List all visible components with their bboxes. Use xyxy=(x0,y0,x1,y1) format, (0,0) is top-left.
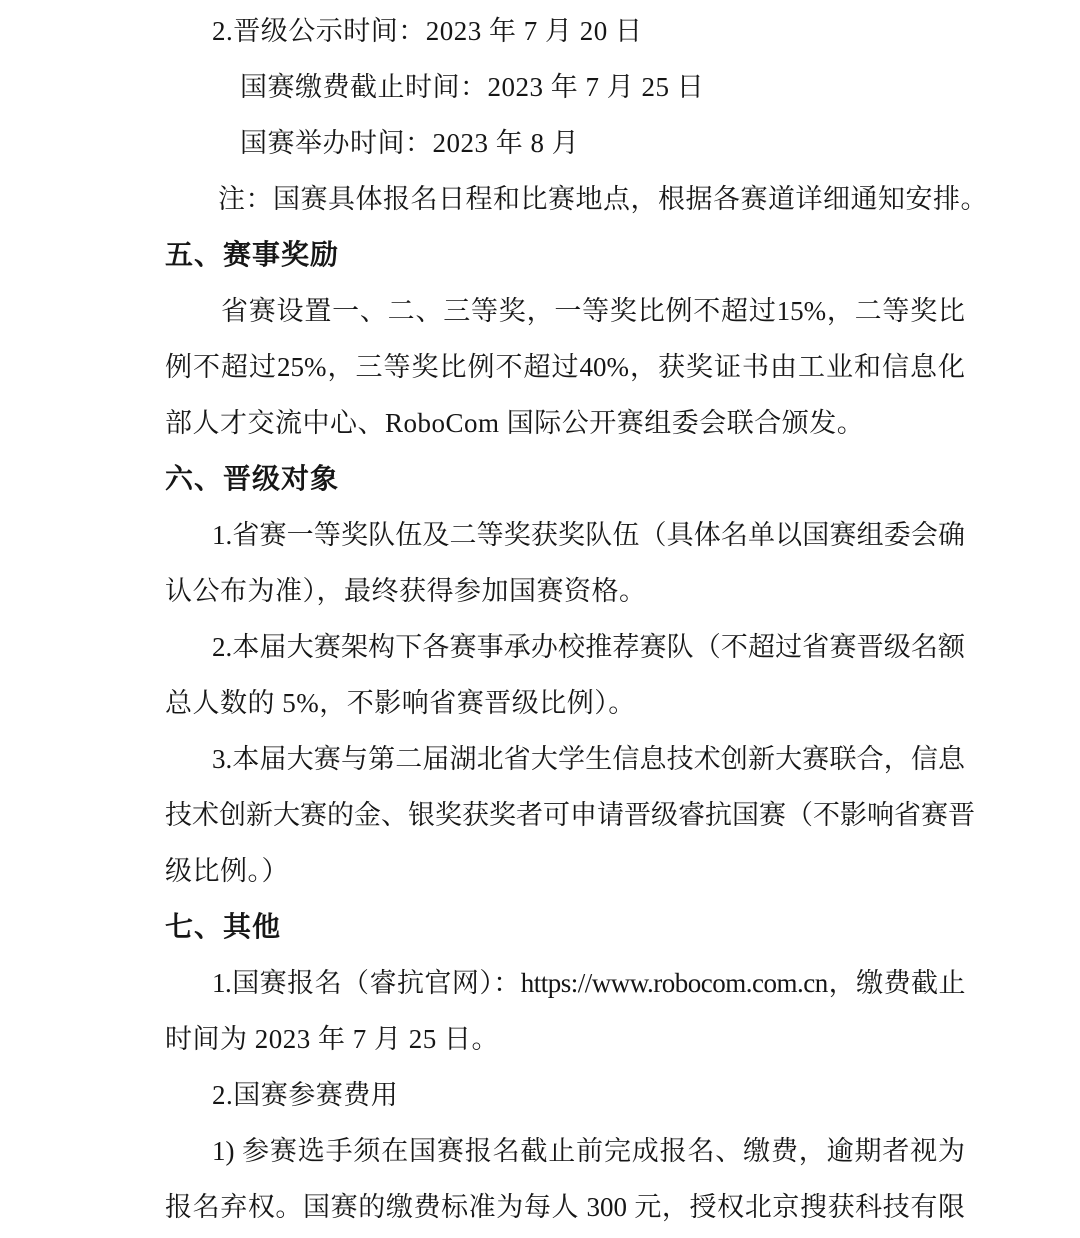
promotion-item-3-line-3: 级比例。） xyxy=(165,843,965,899)
promotion-item-2-line-1: 2.本届大赛架构下各赛事承办校推荐赛队（不超过省赛晋级名额 xyxy=(165,619,965,675)
promotion-item-1-line-2: 认公布为准），最终获得参加国赛资格。 xyxy=(165,563,965,619)
promotion-item-1-line-1: 1.省赛一等奖队伍及二等奖获奖队伍（具体名单以国赛组委会确 xyxy=(165,507,965,563)
other-item-2-sub-1-line-2: 报名弃权。国赛的缴费标准为每人 300 元，授权北京搜获科技有限 xyxy=(165,1179,965,1235)
promotion-item-3-line-1: 3.本届大赛与第二届湖北省大学生信息技术创新大赛联合，信息 xyxy=(165,731,965,787)
awards-paragraph-line-2: 例不超过25%，三等奖比例不超过40%，获奖证书由工业和信息化 xyxy=(165,339,965,395)
awards-paragraph-line-1: 省赛设置一、二、三等奖，一等奖比例不超过15%，二等奖比 xyxy=(165,283,965,339)
other-item-2-sub-1-line-1: 1) 参赛选手须在国赛报名截止前完成报名、缴费，逾期者视为 xyxy=(165,1123,965,1179)
other-item-1-line-2: 时间为 2023 年 7 月 25 日。 xyxy=(165,1011,965,1067)
promotion-item-3-line-2: 技术创新大赛的金、银奖获奖者可申请晋级睿抗国赛（不影响省赛晋 xyxy=(165,787,965,843)
other-item-1-line-1: 1.国赛报名（睿抗官网）：https://www.robocom.com.cn，… xyxy=(165,955,965,1011)
awards-paragraph-line-3: 部人才交流中心、RoboCom 国际公开赛组委会联合颁发。 xyxy=(165,395,965,451)
section-awards-heading: 五、赛事奖励 xyxy=(165,227,965,283)
note-line: 注：国赛具体报名日程和比赛地点，根据各赛道详细通知安排。 xyxy=(165,171,965,227)
section-other-heading: 七、其他 xyxy=(165,899,965,955)
national-fee-deadline-line: 国赛缴费截止时间：2023 年 7 月 25 日 xyxy=(165,59,965,115)
section-promotion-heading: 六、晋级对象 xyxy=(165,451,965,507)
document-page: 2.晋级公示时间：2023 年 7 月 20 日 国赛缴费截止时间：2023 年… xyxy=(0,0,1080,1238)
other-item-2-line: 2.国赛参赛费用 xyxy=(165,1067,965,1123)
promotion-publicity-time-line: 2.晋级公示时间：2023 年 7 月 20 日 xyxy=(165,3,965,59)
promotion-item-2-line-2: 总人数的 5%，不影响省赛晋级比例）。 xyxy=(165,675,965,731)
document-body: 2.晋级公示时间：2023 年 7 月 20 日 国赛缴费截止时间：2023 年… xyxy=(165,3,965,1235)
national-event-time-line: 国赛举办时间：2023 年 8 月 xyxy=(165,115,965,171)
